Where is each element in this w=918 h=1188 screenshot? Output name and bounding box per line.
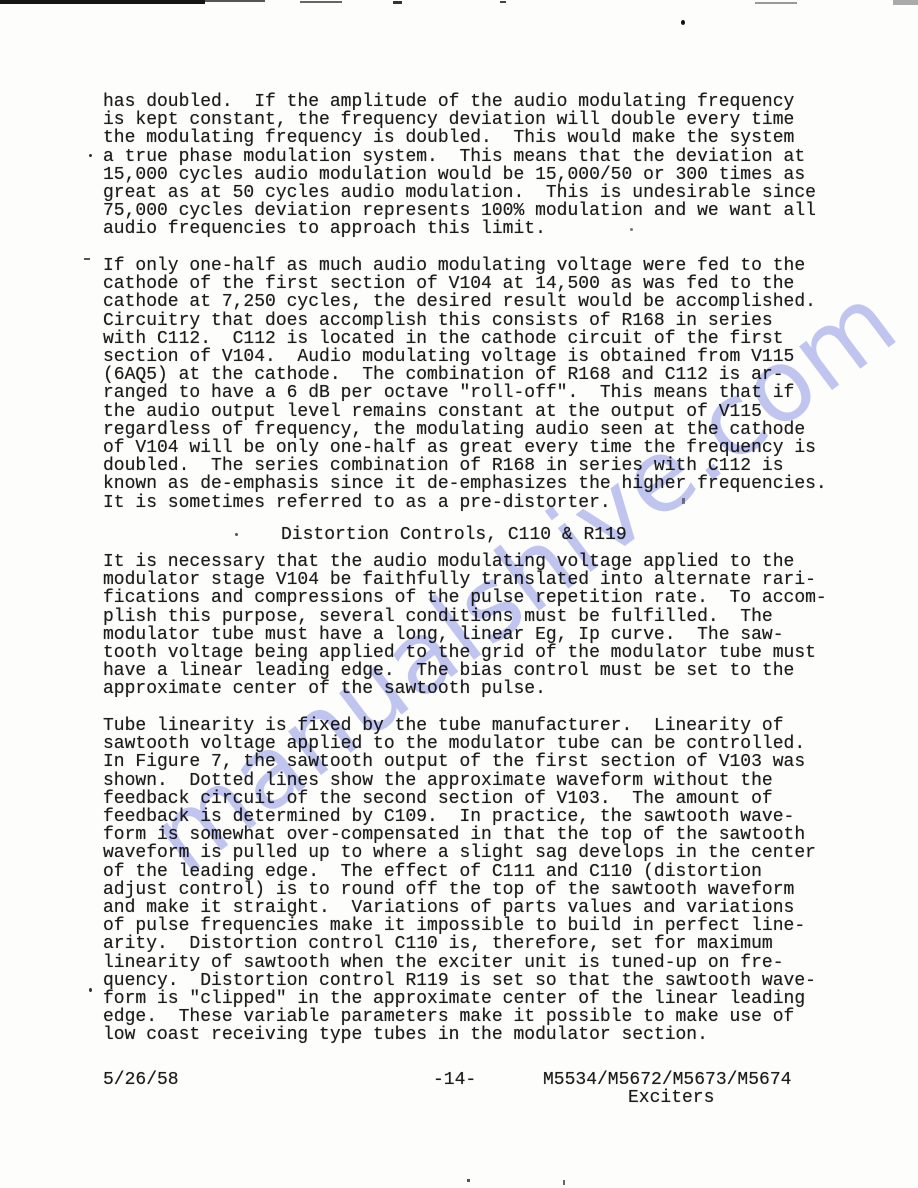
document-page: has doubled. If the amplitude of the aud… [0, 0, 918, 1188]
scan-speck [84, 258, 90, 260]
paragraph-tube-linearity: Tube linearity is fixed by the tube manu… [103, 717, 816, 1045]
paragraph-phase-modulation: has doubled. If the amplitude of the aud… [103, 93, 816, 239]
scan-artifact [0, 0, 205, 4]
scan-artifact [300, 1, 342, 3]
footer-model-numbers: M5534/M5672/M5673/M5674 [543, 1071, 791, 1089]
scan-speck [563, 1180, 565, 1185]
scan-artifact [893, 0, 918, 5]
footer-page-number: -14- [433, 1071, 476, 1089]
scan-artifact [755, 2, 797, 4]
scan-speck [89, 988, 92, 992]
scan-speck [681, 20, 685, 25]
scan-speck [89, 154, 92, 157]
section-heading: Distortion Controls, C110 & R119 [281, 526, 627, 544]
paragraph-modulator-conditions: It is necessary that the audio modulatin… [103, 553, 827, 699]
footer-model-numbers-line2: Exciters [628, 1089, 714, 1107]
paragraph-de-emphasis: If only one-half as much audio modulatin… [103, 257, 827, 512]
scan-artifact [393, 1, 402, 4]
scan-artifact [500, 1, 506, 3]
scan-artifact [205, 0, 265, 2]
scan-speck [235, 533, 238, 536]
scan-speck [467, 1179, 470, 1182]
footer-date: 5/26/58 [103, 1071, 179, 1089]
